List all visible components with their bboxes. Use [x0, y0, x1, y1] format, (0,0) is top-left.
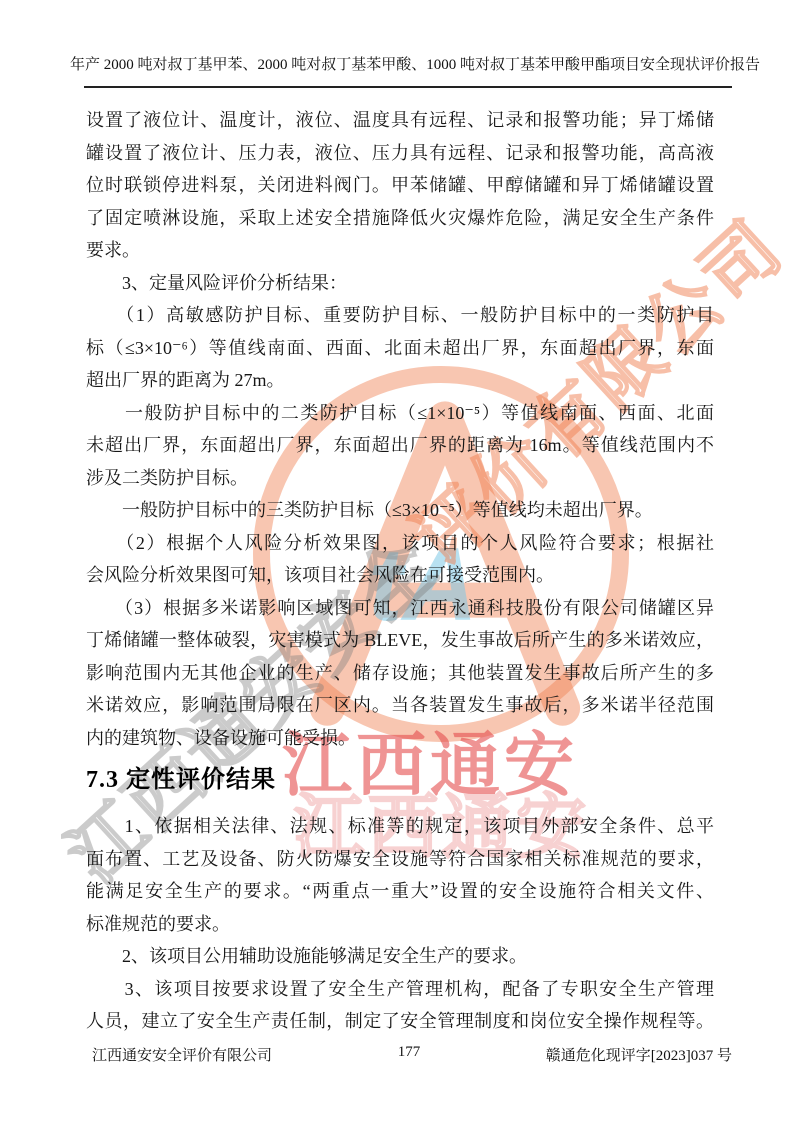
- body-line: （3）根据多米诺影响区域图可知，江西永通科技股份有限公司储罐区异: [86, 592, 714, 625]
- body-line: 影响范围内无其他企业的生产、储存设施；其他装置发生事故后所产生的多: [86, 657, 714, 690]
- body-line: 3、定量风险评价分析结果：: [86, 267, 714, 300]
- body-line: 涉及二类防护目标。: [86, 462, 714, 495]
- body-line: 会风险分析效果图可知，该项目社会风险在可接受范围内。: [86, 559, 714, 592]
- body-line: 罐设置了液位计、压力表，液位、压力具有远程、记录和报警功能，高高液: [86, 137, 714, 170]
- body-line: 标准规范的要求。: [86, 908, 714, 941]
- body-line: 能满足安全生产的要求。“两重点一重大”设置的安全设施符合相关文件、: [86, 875, 714, 908]
- header-divider: [84, 86, 732, 88]
- body-line: （1）高敏感防护目标、重要防护目标、一般防护目标中的一类防护目: [86, 299, 714, 332]
- document-body: 设置了液位计、温度计，液位、温度具有远程、记录和报警功能；异丁烯储罐设置了液位计…: [86, 104, 714, 1038]
- body-line: 内的建筑物、设备设施可能受损。: [86, 722, 714, 755]
- footer-document-number: 赣通危化现评字[2023]037 号: [546, 1044, 732, 1065]
- body-line: 米诺效应，影响范围局限在厂区内。当各装置发生事故后，多米诺半径范围: [86, 689, 714, 722]
- body-line: 1、依据相关法律、法规、标准等的规定，该项目外部安全条件、总平: [86, 810, 714, 843]
- body-line: 要求。: [86, 234, 714, 267]
- body-line: 一般防护目标中的二类防护目标（≤1×10⁻⁵）等值线南面、西面、北面: [86, 397, 714, 430]
- body-line: 一般防护目标中的三类防护目标（≤3×10⁻⁵）等值线均未超出厂界。: [86, 494, 714, 527]
- body-line: 未超出厂界，东面超出厂界，东面超出厂界的距离为 16m。等值线范围内不: [86, 429, 714, 462]
- body-line: 超出厂界的距离为 27m。: [86, 364, 714, 397]
- section-heading: 7.3 定性评价结果: [86, 765, 714, 795]
- report-page: 年产 2000 吨对叔丁基甲苯、2000 吨对叔丁基苯甲酸、1000 吨对叔丁基…: [0, 0, 800, 1131]
- page-header-title: 年产 2000 吨对叔丁基甲苯、2000 吨对叔丁基苯甲酸、1000 吨对叔丁基…: [70, 53, 730, 74]
- body-line: 面布置、工艺及设备、防火防爆安全设施等符合国家相关标准规范的要求，: [86, 843, 714, 876]
- body-line: （2）根据个人风险分析效果图，该项目的个人风险符合要求；根据社: [86, 527, 714, 560]
- body-line: 3、该项目按要求设置了安全生产管理机构，配备了专职安全生产管理: [86, 973, 714, 1006]
- body-line: 了固定喷淋设施，采取上述安全措施降低火灾爆炸危险，满足安全生产条件: [86, 202, 714, 235]
- body-line: 标（≤3×10⁻⁶）等值线南面、西面、北面未超出厂界，东面超出厂界，东面: [86, 332, 714, 365]
- body-line: 设置了液位计、温度计，液位、温度具有远程、记录和报警功能；异丁烯储: [86, 104, 714, 137]
- body-line: 位时联锁停进料泵，关闭进料阀门。甲苯储罐、甲醇储罐和异丁烯储罐设置: [86, 169, 714, 202]
- body-line: 丁烯储罐一整体破裂，灾害模式为 BLEVE，发生事故后所产生的多米诺效应，: [86, 624, 714, 657]
- body-line: 人员，建立了安全生产责任制，制定了安全管理制度和岗位安全操作规程等。: [86, 1005, 714, 1038]
- body-line: 2、该项目公用辅助设施能够满足安全生产的要求。: [86, 940, 714, 973]
